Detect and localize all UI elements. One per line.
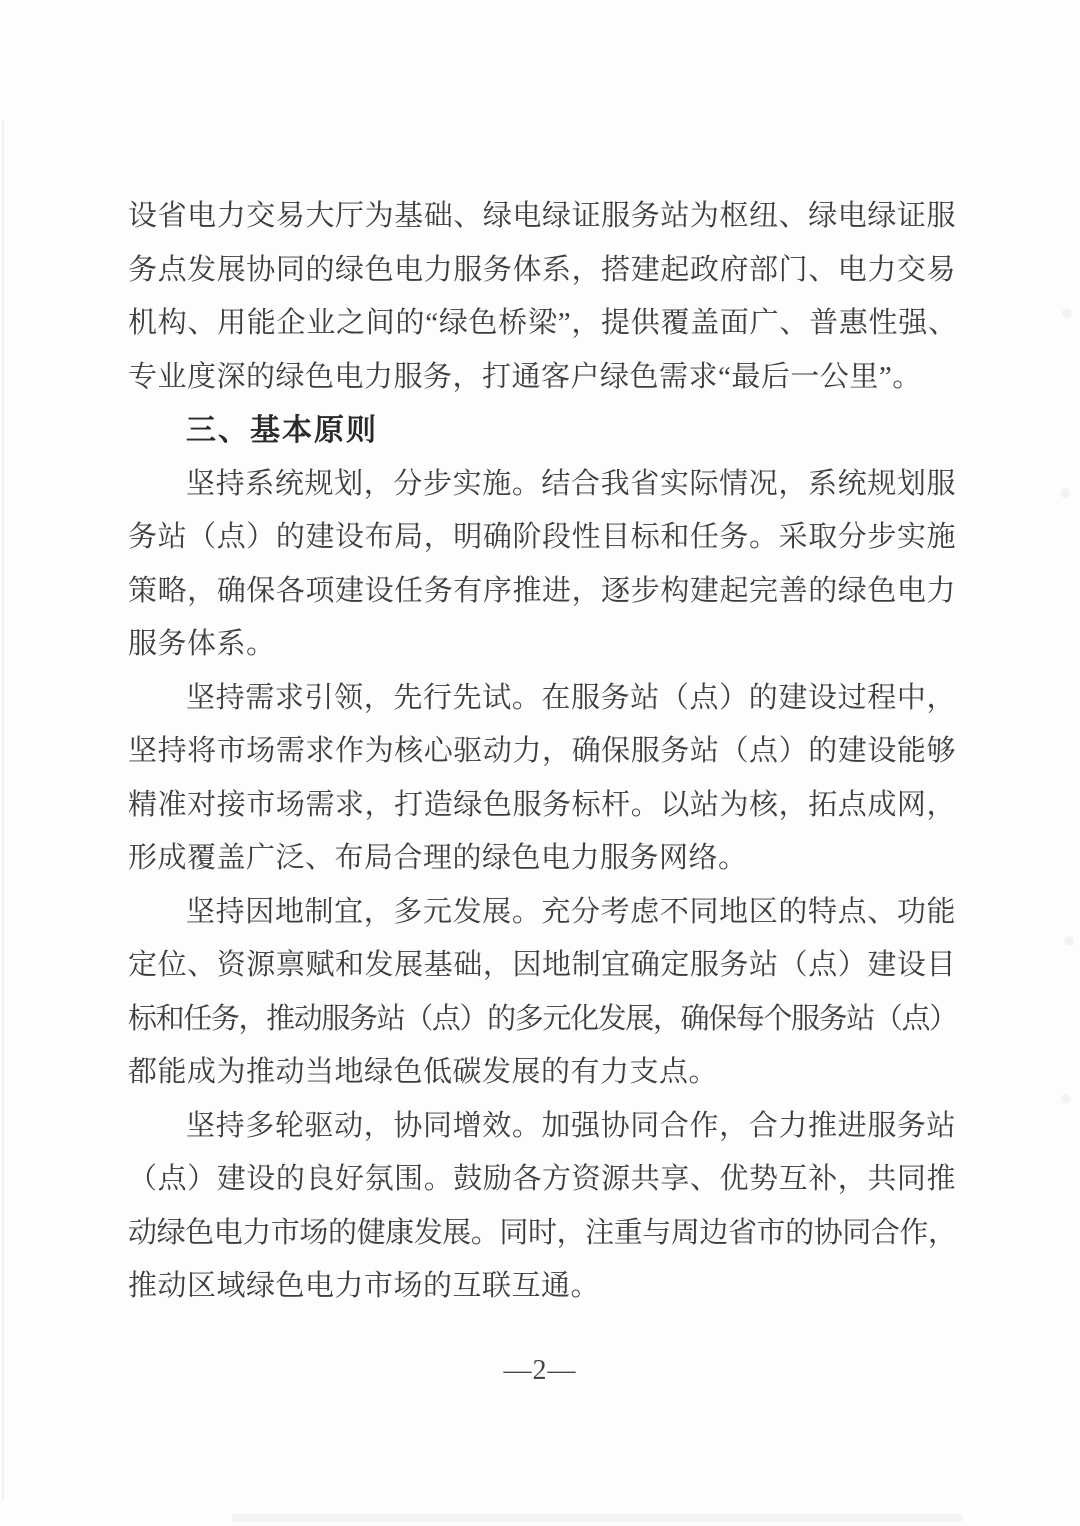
document-page: 设省电力交易大厅为基础、绿电绿证服务站为枢纽、绿电绿证服 务点发展协同的绿色电力… bbox=[0, 0, 1080, 1526]
scan-artifact-left-edge bbox=[2, 120, 4, 1500]
body-line: 精准对接市场需求，打造绿色服务标杆。以站为核，拓点成网， bbox=[128, 779, 956, 833]
body-line: 策略，确保各项建设任务有序推进，逐步构建起完善的绿色电力 bbox=[128, 565, 956, 619]
scan-artifact-smudge bbox=[1060, 488, 1070, 498]
body-line: 动绿色电力市场的健康发展。同时，注重与周边省市的协同合作， bbox=[128, 1207, 956, 1261]
body-line: （点）建设的良好氛围。鼓励各方资源共享、优势互补，共同推 bbox=[128, 1153, 956, 1207]
body-line: 定位、资源禀赋和发展基础，因地制宜确定服务站（点）建设目 bbox=[128, 939, 956, 993]
body-line: 坚持系统规划，分步实施。结合我省实际情况，系统规划服 bbox=[128, 458, 956, 512]
body-line: 务站（点）的建设布局，明确阶段性目标和任务。采取分步实施 bbox=[128, 511, 956, 565]
page-number: —2— bbox=[0, 1355, 1080, 1387]
body-line: 都能成为推动当地绿色低碳发展的有力支点。 bbox=[128, 1046, 956, 1100]
body-line: 标和任务，推动服务站（点）的多元化发展，确保每个服务站（点） bbox=[128, 993, 956, 1047]
document-body: 设省电力交易大厅为基础、绿电绿证服务站为枢纽、绿电绿证服 务点发展协同的绿色电力… bbox=[128, 190, 956, 1314]
scan-artifact-smudge bbox=[1062, 308, 1072, 318]
body-line: 推动区域绿色电力市场的互联互通。 bbox=[128, 1260, 956, 1314]
body-line: 形成覆盖广泛、布局合理的绿色电力服务网络。 bbox=[128, 832, 956, 886]
body-line: 专业度深的绿色电力服务，打通客户绿色需求“最后一公里”。 bbox=[128, 351, 956, 405]
paragraph-principle-4: 坚持多轮驱动，协同增效。加强协同合作，合力推进服务站 （点）建设的良好氛围。鼓励… bbox=[128, 1100, 956, 1314]
paragraph-principle-1: 坚持系统规划，分步实施。结合我省实际情况，系统规划服 务站（点）的建设布局，明确… bbox=[128, 458, 956, 672]
section-heading: 三、基本原则 bbox=[128, 404, 956, 458]
body-line: 设省电力交易大厅为基础、绿电绿证服务站为枢纽、绿电绿证服 bbox=[128, 190, 956, 244]
body-line: 机构、用能企业之间的“绿色桥梁”，提供覆盖面广、普惠性强、 bbox=[128, 297, 956, 351]
body-line: 坚持因地制宜，多元发展。充分考虑不同地区的特点、功能 bbox=[128, 886, 956, 940]
scan-artifact-smudge bbox=[1064, 936, 1074, 946]
body-line: 务点发展协同的绿色电力服务体系，搭建起政府部门、电力交易 bbox=[128, 244, 956, 298]
scan-artifact-bottom-strip bbox=[232, 1514, 962, 1522]
body-line: 坚持需求引领，先行先试。在服务站（点）的建设过程中， bbox=[128, 672, 956, 726]
paragraph-principle-3: 坚持因地制宜，多元发展。充分考虑不同地区的特点、功能 定位、资源禀赋和发展基础，… bbox=[128, 886, 956, 1100]
paragraph-principle-2: 坚持需求引领，先行先试。在服务站（点）的建设过程中， 坚持将市场需求作为核心驱动… bbox=[128, 672, 956, 886]
body-line: 服务体系。 bbox=[128, 618, 956, 672]
paragraph-continued: 设省电力交易大厅为基础、绿电绿证服务站为枢纽、绿电绿证服 务点发展协同的绿色电力… bbox=[128, 190, 956, 404]
body-line: 坚持多轮驱动，协同增效。加强协同合作，合力推进服务站 bbox=[128, 1100, 956, 1154]
scan-artifact-smudge bbox=[1061, 1094, 1071, 1104]
body-line: 坚持将市场需求作为核心驱动力，确保服务站（点）的建设能够 bbox=[128, 725, 956, 779]
